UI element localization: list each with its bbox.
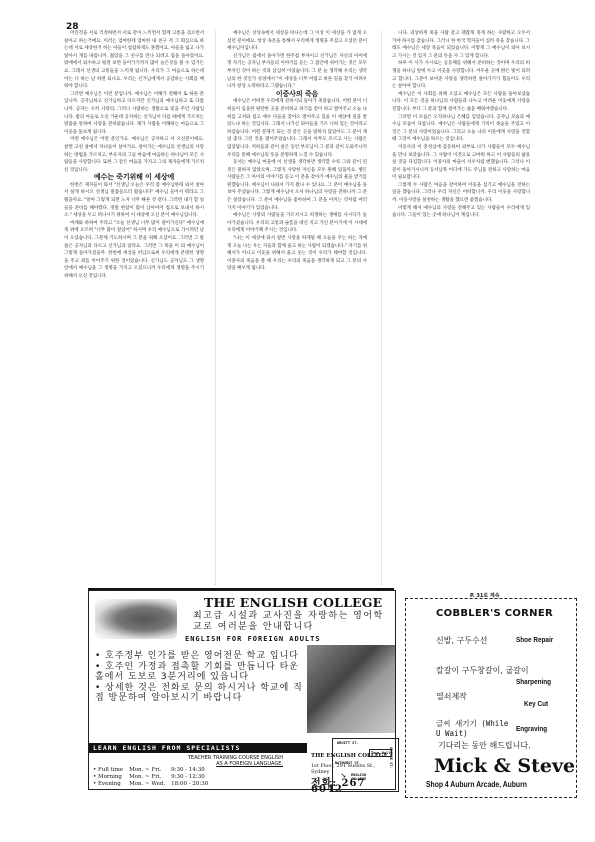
paragraph: 그렇게 두 사람은 마음을 같이하여 이웃을 섬기고 예수님을 전하는 일을 했… [392,182,530,205]
map-landmark: Town Hall [369,749,392,757]
map-street-label: DRUITT ST. [337,741,359,745]
column-divider [215,30,216,585]
ad-subtitle-english: ENGLISH FOR FOREIGN ADULTS [185,635,321,643]
schedule-days: Mon. ~ Wed. [129,781,171,788]
paragraph: 하루 이 사가 사시로는 공동체를 위해서 준비하는 것이며 우리의 희생을 하… [392,60,530,90]
schedule-row: • Morning Mon. ~ Fri. 9:30 - 12:30 [93,774,214,781]
ad-banner: LEARN ENGLISH FROM SPECIALISTS [89,743,307,753]
service-korean: 신발, 구두수선 [436,635,487,646]
schedule-row: • Full time Mon. ~ Fri. 9:30 - 14:30 [93,767,214,774]
schedule-label: • Morning [93,774,129,781]
paragraph: 예수님은 이 사회를 위해 오셨고 예수님은 모든 사람을 돌아보셨습니다. 이… [392,91,530,114]
service-english: Key Cut [524,699,548,708]
paragraph: 그러면 예수님은 이런 분입니까. 예수님은 이해가 전해어 또 하른 분입니까… [64,91,204,137]
schedule-hours: 9:30 - 14:30 [171,767,214,774]
paragraph: "나는 이 세상에 와서 살면 사랑을 하게될 때 오늘을 주는 하는 자에게 … [227,235,367,273]
students-photo [307,645,395,733]
ad-title: THE ENGLISH COLLEGE [204,595,382,610]
map-landmark: ENGLISH COLLEGE [351,773,379,781]
paragraph: 이렇게 해서 예수님의 사랑을 전해주고 있는 사람들이 우리에게 있습니다. … [392,205,530,220]
service-english: Sharpening [516,677,551,686]
service-korean: 열쇠제작 [436,691,467,702]
service-english: Engraving [516,724,547,733]
schedule-label: • Evening [93,781,129,788]
shop-address: Shop 4 Auburn Arcade, Auburn [426,780,527,789]
bullet-item: • 호주인 가정과 접촉할 기회를 만듭니다 타운홀에서 도보로 3분거리에 있… [95,662,305,683]
schedule-days: Mon. ~ Fri. [129,774,171,781]
paragraph: 니다. 괴상하게 죽을 사람 같고 괜찮게 죽게 하는 사람하고 오두서 가야 … [392,30,530,60]
paragraph: 예수님은 어떠면 우리에게 전하시되 돌아가 죽었습니다. 어떤 분이 너희들이… [227,98,367,159]
service-korean: 글씨 새기기 (While U Wait) [436,719,516,739]
location-map: DRUITT ST. BATHURST ST. GEORGE ST. Town … [332,738,399,792]
article-column-3: 니다. 괴상하게 죽을 사람 같고 괜찮게 죽게 하는 사람하고 오두서 가야 … [392,30,530,585]
course-info: TEACHER TRAINING COURSE ENGLISH AS A FOR… [133,755,283,767]
arrow-icon: ➘ [341,771,346,780]
paragraph: 이동사의 이 충성심에 감동하여 외부로 나가 사람들이 모두 예수님을 만나 … [392,144,530,182]
schedule-hours: 9:30 - 12:30 [171,774,214,781]
schedule-row: • Evening Mon. ~ Wed. 18:00 - 20:30 [93,781,214,788]
paragraph: 마제와 하하여 주라고 "오늘 선생님 너무 많이 걸어가신다" 예수님에게 위… [64,220,204,281]
service-korean: 칼갈이 구두창갈이, 굽갈이 [436,665,529,676]
classroom-photo [95,599,177,639]
paragraph: 어떤 예수님은 어떤 분인가요. 예수님은 공자하고 서 오신분이에요. 살면 … [64,136,204,174]
ad-subtitle-korean: 최고급 시설과 교사진을 자랑하는 영어학교로 여러분을 안내합니다 [193,611,393,633]
paragraph: 동서는 예수님 마을에 이 선생을 생각하면 생각할 수록 그와 같이 된 것은… [227,159,367,212]
service-english: Shoe Repair [516,635,553,644]
schedule-hours: 18:00 - 20:30 [171,781,214,788]
ad-title: COBBLER'S CORNER [436,608,553,619]
map-street-label: BATHURST ST. [335,761,361,765]
section-heading: 예수는 죽기위해 이 세상에 [64,174,204,182]
wait-note: 기다리는 동안 해드립니다. [438,740,531,751]
column-divider [381,30,382,585]
brand-name: Mick & Steve [434,755,575,777]
bullet-item: • 상세한 것은 전화로 문의 하시거나 학교에 직접 방문하여 알아보시기 바… [95,683,305,704]
article-column-1: 어린것을 서로 걱정하면서 서로 같이 느끼면서 함께 고통을 겪으면서 살아고… [64,30,204,570]
paragraph: 예수님은 사랑의 사람들을 가르치시고 희생하는 생애를 사시다가 돌아가셨습니… [227,212,367,235]
schedule-label: • Full time [93,767,129,774]
cobblers-corner-ad: COBBLER'S CORNER 신발, 구두수선 Shoe Repair 칼갈… [405,598,577,798]
schedule-days: Mon. ~ Fri. [129,767,171,774]
paragraph: 한번은 제자들이 와서 "선생님 오늘은 우리 좀 예수님한테 와서 살아서 살… [64,182,204,220]
ad-bullet-list: • 호주정부 인가를 받은 영어전문 학교 입니다 • 호주인 가정과 접촉할 … [95,651,305,704]
paragraph: 그러면 이 모습은 오직하나님 은혜를 입었습니다. 공자님 모습과 예수님 모… [392,114,530,144]
section-heading: 이중사의 죽음 [227,91,367,99]
paragraph: 예수님은 상상속에서 세상을 떠나는데 그 이상 이 세상을 가 없게 오셨던 … [227,30,367,53]
article-column-2: 예수님은 상상속에서 세상을 떠나는데 그 이상 이 세상을 가 없게 오셨던 … [227,30,367,590]
paragraph: 신가님은 집에서 돌아가면 한주집 부자이고 신가님은 자신의 아이에게 자기는… [227,53,367,91]
bullet-item: • 호주정부 인가를 받은 영어전문 학교 입니다 [95,651,305,662]
schedule-table: • Full time Mon. ~ Fri. 9:30 - 14:30 • M… [93,767,214,787]
paragraph: 어린것을 서로 걱정하면서 서로 같이 느끼면서 함께 고통을 겪으면서 살아고… [64,30,204,91]
